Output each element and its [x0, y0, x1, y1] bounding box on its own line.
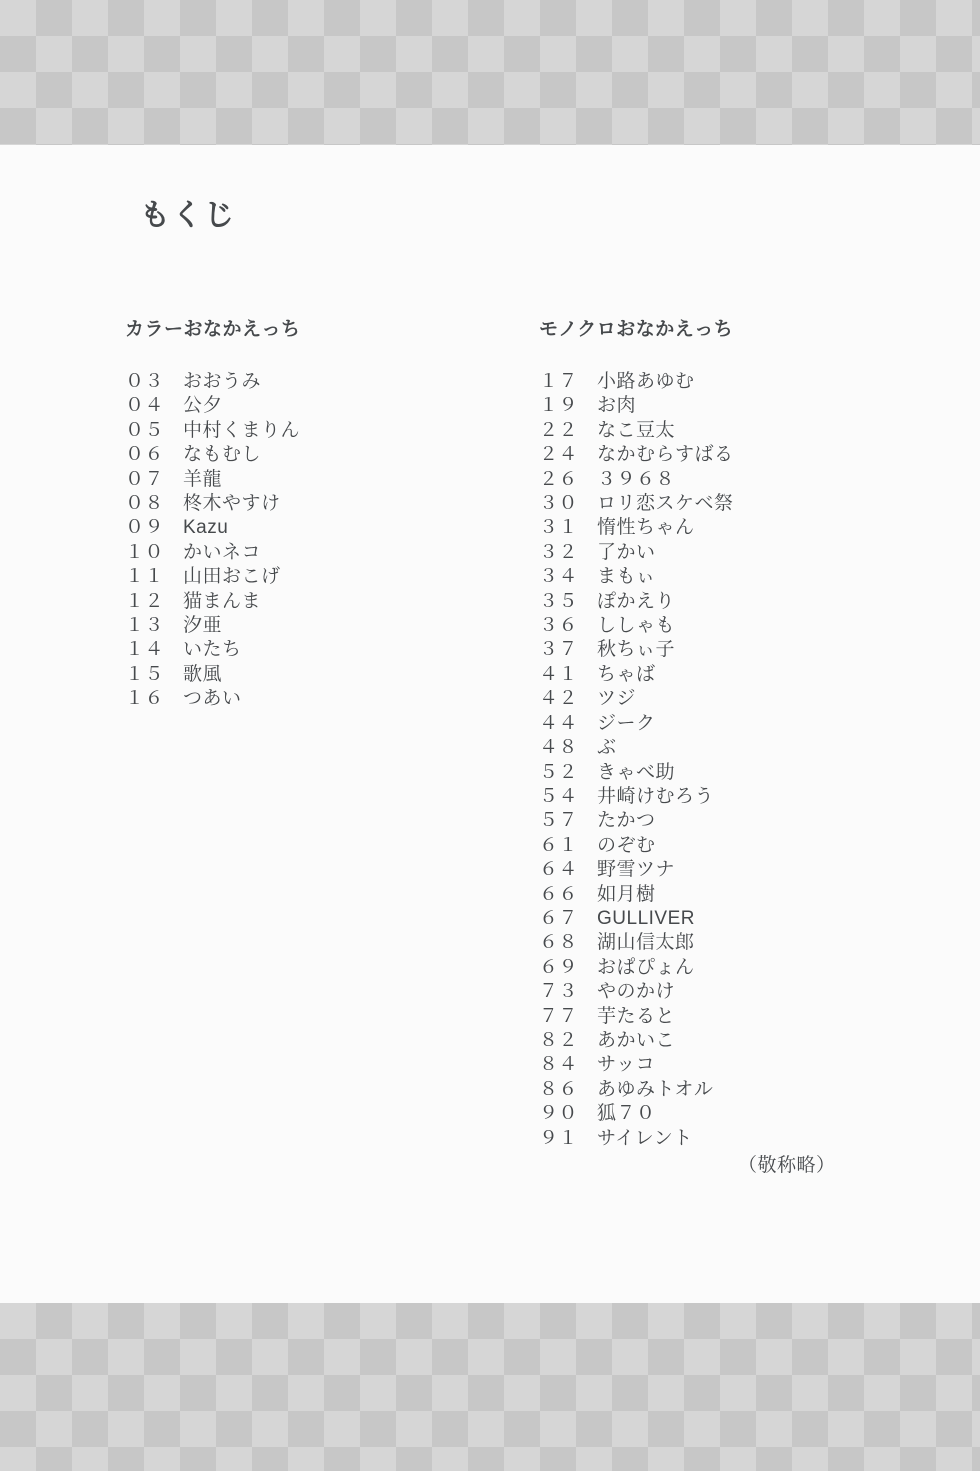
entry-page-number: ７３ [539, 980, 597, 1004]
entry-page-number: １６ [125, 687, 183, 711]
toc-entry: ３２了かい [539, 541, 939, 565]
entry-author-name: 公夕 [183, 394, 525, 418]
entry-author-name: おぱぴょん [597, 956, 939, 980]
entry-author-name: かいネコ [183, 541, 525, 565]
toc-entry: ３７秋ちぃ子 [539, 638, 939, 662]
entry-page-number: ５２ [539, 761, 597, 785]
entry-author-name: 小路あゆむ [597, 370, 939, 394]
entry-author-name: 了かい [597, 541, 939, 565]
entry-author-name: 秋ちぃ子 [597, 638, 939, 662]
entry-author-name: 如月樹 [597, 883, 939, 907]
entry-page-number: ０３ [125, 370, 183, 394]
entry-author-name: 中村くまりん [183, 419, 525, 443]
toc-entry: １３汐亜 [125, 614, 525, 638]
entry-author-name: ロリ恋スケベ祭 [597, 492, 939, 516]
entry-author-name: サッコ [597, 1053, 939, 1077]
entry-page-number: １０ [125, 541, 183, 565]
entry-page-number: ８４ [539, 1053, 597, 1077]
toc-entry: ８４サッコ [539, 1053, 939, 1077]
toc-entry: １９お肉 [539, 394, 939, 418]
entry-author-name: まもぃ [597, 565, 939, 589]
entry-page-number: １３ [125, 614, 183, 638]
toc-entry: ５４井崎けむろう [539, 785, 939, 809]
toc-entry: ９０狐７０ [539, 1102, 939, 1126]
toc-entry: ２２なこ豆太 [539, 419, 939, 443]
entry-author-name: きゃべ助 [597, 761, 939, 785]
entry-author-name: 猫まんま [183, 590, 525, 614]
column-header-monochrome: モノクロおなかえっち [539, 318, 939, 342]
entry-author-name: 惰性ちゃん [597, 516, 939, 540]
entry-page-number: ４８ [539, 736, 597, 760]
entry-page-number: ３４ [539, 565, 597, 589]
entry-author-name: ぽかえり [597, 590, 939, 614]
entry-page-number: １５ [125, 663, 183, 687]
toc-entry: １０かいネコ [125, 541, 525, 565]
entry-author-name: あかいこ [597, 1029, 939, 1053]
toc-entry: ４８ぶ [539, 736, 939, 760]
toc-entry: ３１惰性ちゃん [539, 516, 939, 540]
entry-author-name: のぞむ [597, 834, 939, 858]
entry-page-number: ６７ [539, 907, 597, 931]
entry-page-number: ３２ [539, 541, 597, 565]
toc-entry: ７３やのかけ [539, 980, 939, 1004]
entry-author-name: おおうみ [183, 370, 525, 394]
toc-entry: ９１サイレント [539, 1127, 939, 1151]
entry-page-number: ０４ [125, 394, 183, 418]
entry-page-number: ４１ [539, 663, 597, 687]
entry-page-number: ８２ [539, 1029, 597, 1053]
entry-page-number: ４４ [539, 712, 597, 736]
entry-author-name: ぶ [597, 736, 939, 760]
toc-entry: １５歌風 [125, 663, 525, 687]
entry-author-name: 歌風 [183, 663, 525, 687]
entry-page-number: ３１ [539, 516, 597, 540]
toc-entry: ３４まもぃ [539, 565, 939, 589]
entry-list-monochrome: １７小路あゆむ１９お肉２２なこ豆太２４なかむらすばる２６３９６８３０ロリ恋スケベ… [539, 370, 939, 1151]
toc-entry: ０５中村くまりん [125, 419, 525, 443]
toc-entry: ６４野雪ツナ [539, 858, 939, 882]
entry-page-number: ６９ [539, 956, 597, 980]
toc-entry: １２猫まんま [125, 590, 525, 614]
toc-entry: ６７GULLIVER [539, 907, 939, 931]
entry-author-name: ちゃば [597, 663, 939, 687]
entry-author-name: やのかけ [597, 980, 939, 1004]
entry-author-name: つあい [183, 687, 525, 711]
entry-author-name: 野雪ツナ [597, 858, 939, 882]
entry-author-name: 汐亜 [183, 614, 525, 638]
entry-author-name: あゆみトオル [597, 1078, 939, 1102]
page-title: もくじ [140, 190, 236, 234]
entry-author-name: サイレント [597, 1127, 939, 1151]
entry-author-name: 山田おこげ [183, 565, 525, 589]
entry-page-number: ０５ [125, 419, 183, 443]
entry-author-name: GULLIVER [597, 907, 939, 931]
entry-page-number: ３５ [539, 590, 597, 614]
toc-page: もくじ カラーおなかえっち ０３おおうみ０４公夕０５中村くまりん０６なもむし０７… [0, 0, 980, 1471]
entry-page-number: ９０ [539, 1102, 597, 1126]
entry-author-name: なかむらすばる [597, 443, 939, 467]
toc-column-color: カラーおなかえっち ０３おおうみ０４公夕０５中村くまりん０６なもむし０７羊龍０８… [125, 318, 525, 712]
entry-author-name: なこ豆太 [597, 419, 939, 443]
toc-entry: ３０ロリ恋スケベ祭 [539, 492, 939, 516]
entry-author-name: お肉 [597, 394, 939, 418]
entry-author-name: たかつ [597, 809, 939, 833]
entry-page-number: ６４ [539, 858, 597, 882]
toc-entry: １１山田おこげ [125, 565, 525, 589]
entry-author-name: ジーク [597, 712, 939, 736]
top-diamond-pattern-band [0, 0, 980, 145]
toc-entry: ５２きゃべ助 [539, 761, 939, 785]
entry-page-number: ２６ [539, 468, 597, 492]
entry-page-number: ２２ [539, 419, 597, 443]
toc-entry: １６つあい [125, 687, 525, 711]
entry-page-number: １７ [539, 370, 597, 394]
honorifics-note: （敬称略） [738, 1150, 836, 1177]
entry-page-number: ０９ [125, 516, 183, 540]
entry-page-number: ６８ [539, 931, 597, 955]
entry-author-name: いたち [183, 638, 525, 662]
entry-page-number: ０７ [125, 468, 183, 492]
entry-page-number: ２４ [539, 443, 597, 467]
entry-author-name: 芋たると [597, 1005, 939, 1029]
toc-entry: １７小路あゆむ [539, 370, 939, 394]
toc-entry: １４いたち [125, 638, 525, 662]
entry-page-number: １２ [125, 590, 183, 614]
toc-entry: ３６ししゃも [539, 614, 939, 638]
toc-entry: ４１ちゃば [539, 663, 939, 687]
entry-page-number: ３０ [539, 492, 597, 516]
entry-author-name: ３９６８ [597, 468, 939, 492]
entry-page-number: ５７ [539, 809, 597, 833]
entry-author-name: 柊木やすけ [183, 492, 525, 516]
entry-page-number: ８６ [539, 1078, 597, 1102]
entry-author-name: ツジ [597, 687, 939, 711]
column-header-color: カラーおなかえっち [125, 318, 525, 342]
toc-entry: ０３おおうみ [125, 370, 525, 394]
toc-entry: ６６如月樹 [539, 883, 939, 907]
toc-entry: ８６あゆみトオル [539, 1078, 939, 1102]
entry-page-number: ４２ [539, 687, 597, 711]
toc-entry: ３５ぽかえり [539, 590, 939, 614]
entry-author-name: Kazu [183, 516, 525, 540]
toc-column-monochrome: モノクロおなかえっち １７小路あゆむ１９お肉２２なこ豆太２４なかむらすばる２６３… [539, 318, 939, 1151]
entry-author-name: 井崎けむろう [597, 785, 939, 809]
toc-entry: ０４公夕 [125, 394, 525, 418]
entry-author-name: なもむし [183, 443, 525, 467]
entry-author-name: 羊龍 [183, 468, 525, 492]
toc-entry: ８２あかいこ [539, 1029, 939, 1053]
entry-page-number: １９ [539, 394, 597, 418]
entry-author-name: ししゃも [597, 614, 939, 638]
entry-list-color: ０３おおうみ０４公夕０５中村くまりん０６なもむし０７羊龍０８柊木やすけ０９Kaz… [125, 370, 525, 712]
entry-page-number: ９１ [539, 1127, 597, 1151]
entry-page-number: ３６ [539, 614, 597, 638]
entry-page-number: ５４ [539, 785, 597, 809]
toc-entry: ０７羊龍 [125, 468, 525, 492]
toc-entry: ６９おぱぴょん [539, 956, 939, 980]
entry-page-number: １４ [125, 638, 183, 662]
toc-entry: ７７芋たると [539, 1005, 939, 1029]
entry-page-number: ７７ [539, 1005, 597, 1029]
toc-entry: ５７たかつ [539, 809, 939, 833]
toc-entry: ２６３９６８ [539, 468, 939, 492]
toc-entry: ２４なかむらすばる [539, 443, 939, 467]
entry-page-number: １１ [125, 565, 183, 589]
entry-author-name: 湖山信太郎 [597, 931, 939, 955]
toc-entry: ０６なもむし [125, 443, 525, 467]
entry-page-number: ０８ [125, 492, 183, 516]
bottom-diamond-pattern-band [0, 1303, 980, 1471]
toc-entry: ４４ジーク [539, 712, 939, 736]
toc-entry: ６８湖山信太郎 [539, 931, 939, 955]
entry-author-name: 狐７０ [597, 1102, 939, 1126]
entry-page-number: ３７ [539, 638, 597, 662]
toc-entry: ０８柊木やすけ [125, 492, 525, 516]
entry-page-number: ０６ [125, 443, 183, 467]
entry-page-number: ６１ [539, 834, 597, 858]
toc-entry: ０９Kazu [125, 516, 525, 540]
toc-entry: ４２ツジ [539, 687, 939, 711]
toc-entry: ６１のぞむ [539, 834, 939, 858]
entry-page-number: ６６ [539, 883, 597, 907]
